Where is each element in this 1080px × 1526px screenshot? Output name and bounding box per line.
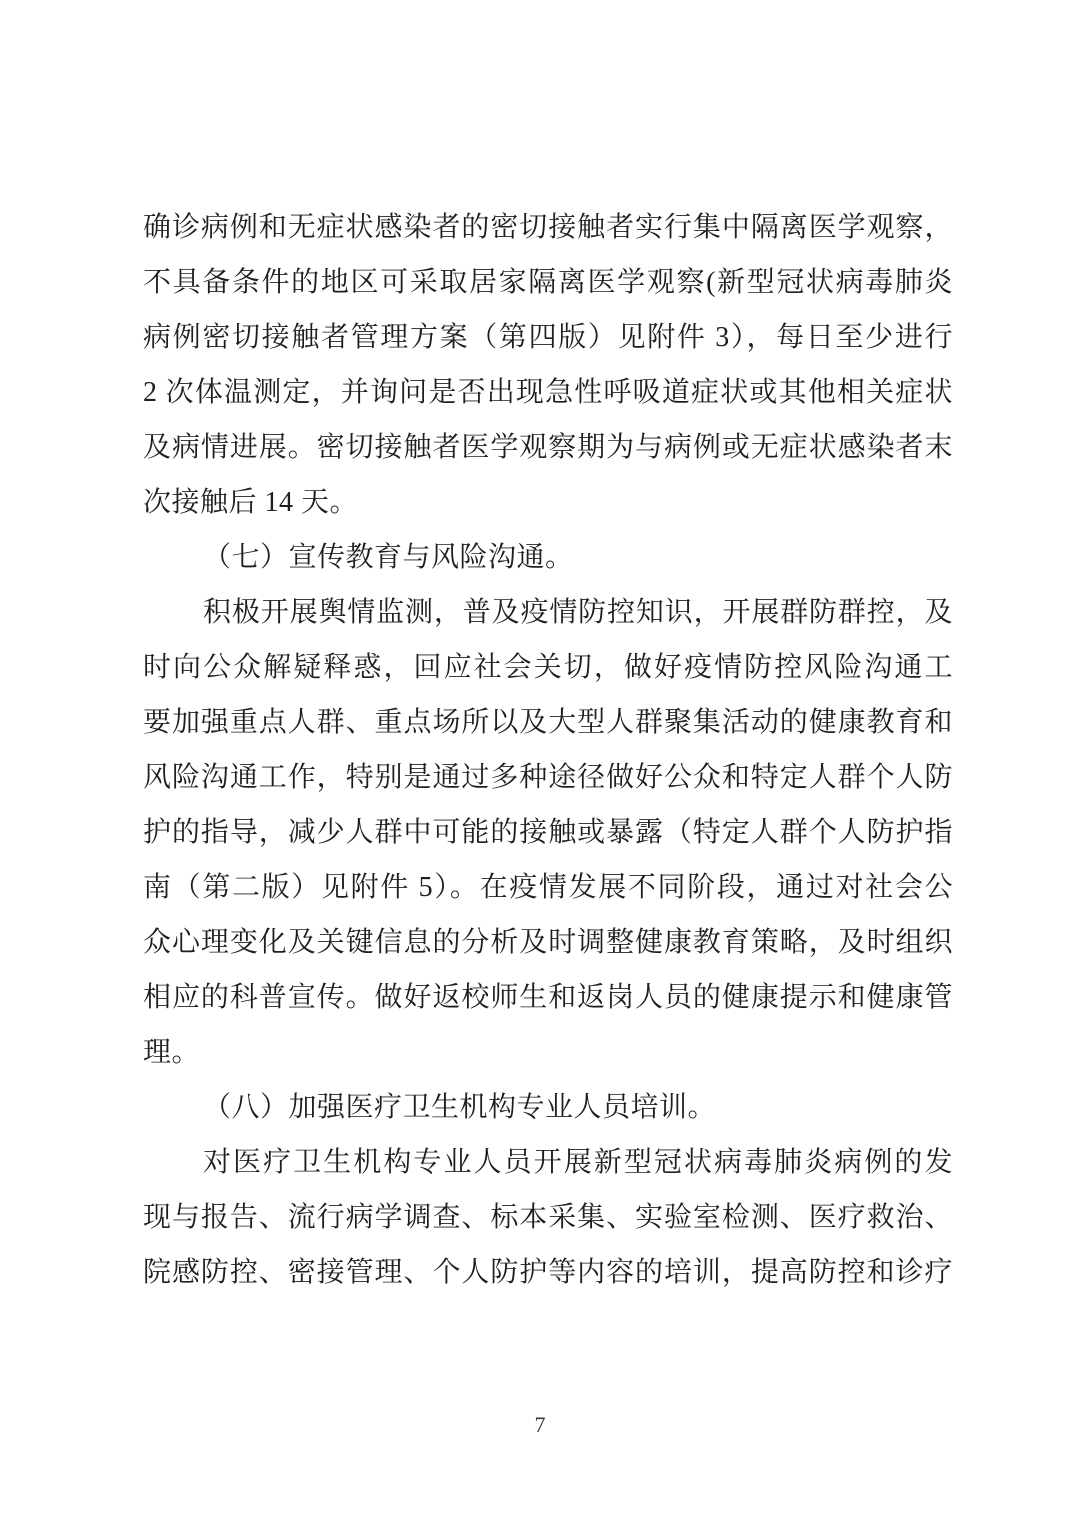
body-line: 积极开展舆情监测，普及疫情防控知识，开展群防群控，及 [143, 585, 953, 640]
body-line: 次接触后 14 天。 [143, 475, 953, 530]
body-line: 南（第二版）见附件 5）。在疫情发展不同阶段，通过对社会公 [143, 860, 953, 915]
body-line: 及病情进展。密切接触者医学观察期为与病例或无症状感染者末 [143, 420, 953, 475]
document-page: 确诊病例和无症状感染者的密切接触者实行集中隔离医学观察，不具备条件的地区可采取居… [0, 0, 1080, 1526]
body-line: 不具备条件的地区可采取居家隔离医学观察(新型冠状病毒肺炎 [143, 255, 953, 310]
body-line: 现与报告、流行病学调查、标本采集、实验室检测、医疗救治、 [143, 1190, 953, 1245]
section-heading: （八）加强医疗卫生机构专业人员培训。 [143, 1080, 953, 1135]
body-line: 风险沟通工作，特别是通过多种途径做好公众和特定人群个人防 [143, 750, 953, 805]
body-line: 理。 [143, 1025, 953, 1080]
body-line: 众心理变化及关键信息的分析及时调整健康教育策略，及时组织 [143, 915, 953, 970]
section-heading: （七）宣传教育与风险沟通。 [143, 530, 953, 585]
page-number: 7 [0, 1405, 1080, 1445]
text-block: 确诊病例和无症状感染者的密切接触者实行集中隔离医学观察，不具备条件的地区可采取居… [143, 200, 953, 1300]
body-line: 病例密切接触者管理方案（第四版）见附件 3），每日至少进行 [143, 310, 953, 365]
body-line: 2 次体温测定，并询问是否出现急性呼吸道症状或其他相关症状 [143, 365, 953, 420]
body-line: 相应的科普宣传。做好返校师生和返岗人员的健康提示和健康管 [143, 970, 953, 1025]
body-line: 院感防控、密接管理、个人防护等内容的培训，提高防控和诊疗 [143, 1245, 953, 1300]
body-line: 确诊病例和无症状感染者的密切接触者实行集中隔离医学观察， [143, 200, 953, 255]
body-line: 对医疗卫生机构专业人员开展新型冠状病毒肺炎病例的发 [143, 1135, 953, 1190]
body-line: 护的指导，减少人群中可能的接触或暴露（特定人群个人防护指 [143, 805, 953, 860]
body-line: 时向公众解疑释惑，回应社会关切，做好疫情防控风险沟通工作。 [143, 640, 953, 695]
body-line: 要加强重点人群、重点场所以及大型人群聚集活动的健康教育和 [143, 695, 953, 750]
